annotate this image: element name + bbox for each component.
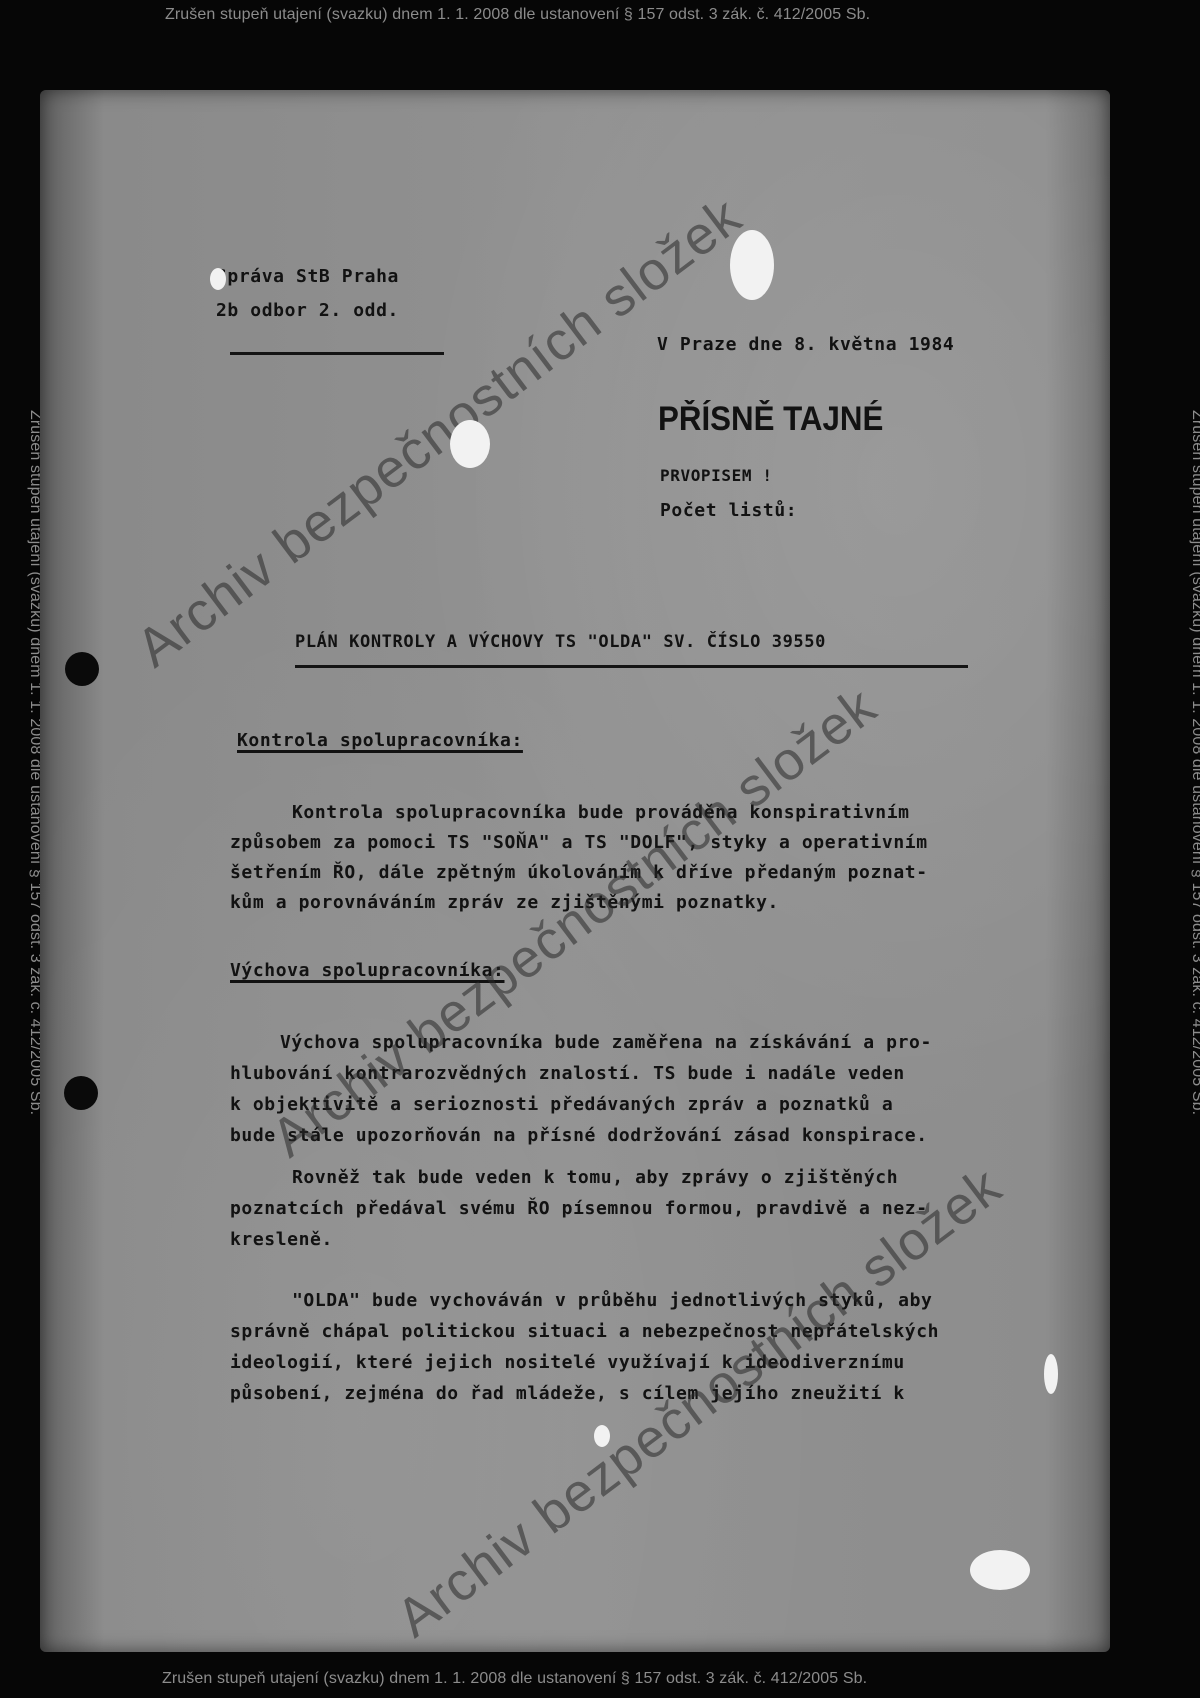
scan-artifact: [970, 1550, 1030, 1590]
scanned-page: Správa StB Praha 2b odbor 2. odd. V Praz…: [40, 90, 1110, 1652]
paragraph-line: Rovněž tak bude veden k tomu, aby zprávy…: [292, 1167, 898, 1188]
paragraph-line: poznatcích předával svému ŘO písemnou fo…: [230, 1198, 928, 1219]
paragraph-line: Kontrola spolupracovníka bude prováděna …: [292, 802, 910, 823]
sheet-count-label: Počet listů:: [660, 500, 797, 521]
scan-artifact: [210, 268, 226, 290]
scan-artifact: [594, 1425, 610, 1447]
office-line-1: Správa StB Praha: [216, 266, 399, 287]
office-line-2: 2b odbor 2. odd.: [216, 300, 399, 321]
scan-artifact: [730, 230, 774, 300]
title-underline: [295, 665, 968, 668]
scan-artifact: [450, 420, 490, 468]
paragraph-line: působení, zejména do řad mládeže, s cíle…: [230, 1383, 905, 1404]
paragraph-line: způsobem za pomoci TS "SOŇA" a TS "DOLF"…: [230, 832, 928, 853]
scan-artifact: [1044, 1354, 1058, 1394]
header-divider: [230, 352, 444, 355]
copy-note: PRVOPISEM !: [660, 466, 773, 485]
document-title: PLÁN KONTROLY A VÝCHOVY TS "OLDA" SV. ČÍ…: [295, 632, 826, 652]
punch-hole-icon: [64, 1076, 98, 1110]
archive-declassification-stamp-bottom: Zrušen stupeň utajení (svazku) dnem 1. 1…: [162, 1670, 867, 1688]
paragraph-line: kům a porovnáváním zpráv ze zjištěnými p…: [230, 892, 779, 913]
archive-declassification-stamp-right: Zrušen stupeň utajení (svazku) dnem 1. 1…: [1188, 410, 1200, 1115]
archive-declassification-stamp-top: Zrušen stupeň utajení (svazku) dnem 1. 1…: [165, 6, 870, 24]
place-and-date: V Praze dne 8. května 1984: [657, 334, 954, 355]
paragraph-line: kresleně.: [230, 1229, 333, 1250]
classification-label: PŘÍSNĚ TAJNÉ: [658, 400, 883, 439]
section-heading-control: Kontrola spolupracovníka:: [237, 730, 523, 751]
punch-hole-icon: [65, 652, 99, 686]
